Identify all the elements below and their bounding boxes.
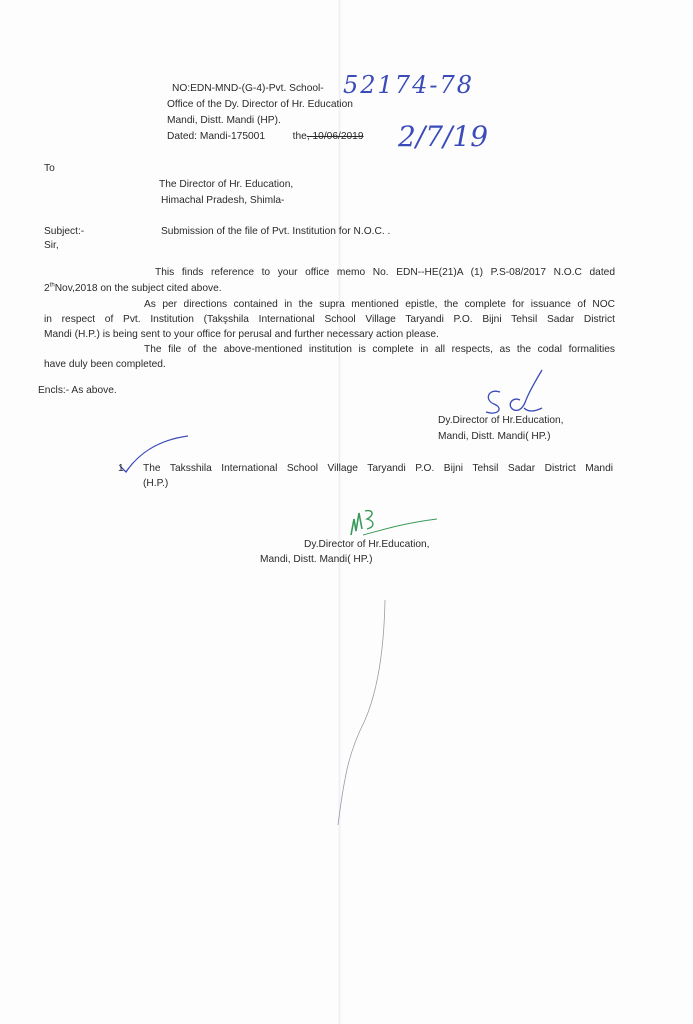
addressee-line1: The Director of Hr. Education, [159, 178, 293, 191]
signature-sd [478, 370, 558, 420]
handwritten-dispatch-number: 52174-78 [343, 71, 474, 99]
signatory-place-1: Mandi, Distt. Mandi( HP.) [438, 430, 550, 443]
copy-to-number: 1 [118, 462, 124, 475]
subject-label: Subject:- [44, 225, 84, 238]
body-p1-line1: This finds reference to your office memo… [155, 266, 615, 279]
to-label: To [44, 162, 55, 175]
body-p3-line1: The file of the above-mentioned institut… [144, 343, 615, 356]
signatory-title-1: Dy.Director of Hr.Education, [438, 414, 564, 427]
letter-page: NO:EDN-MND-(G-4)-Pvt. School- 52174-78 O… [0, 0, 693, 1024]
dated-prefix: the [293, 131, 307, 142]
office-address: Mandi, Distt. Mandi (HP). [167, 114, 281, 127]
signatory-place-2: Mandi, Distt. Mandi( HP.) [260, 553, 372, 566]
body-p2-line3: Mandi (H.P.) is being sent to your offic… [44, 328, 439, 341]
memo-date-rest: Nov,2018 on the subject cited above. [55, 283, 222, 294]
copy-to-line1: The Taksshila International School Villa… [143, 462, 613, 475]
enclosure-note: Encls:- As above. [38, 384, 117, 397]
office-name: Office of the Dy. Director of Hr. Educat… [167, 98, 353, 111]
body-p3-line2: have duly been completed. [44, 358, 166, 371]
addressee-line2: Himachal Pradesh, Shimla- [161, 194, 284, 207]
copy-to-line2: (H.P.) [143, 477, 168, 490]
salutation: Sir, [44, 239, 59, 252]
body-p1-line2: 2thNov,2018 on the subject cited above. [44, 282, 222, 295]
handwritten-date: 2/7/19 [398, 120, 488, 153]
struck-date: , 10/06/2019 [307, 131, 364, 142]
body-p2-line1: As per directions contained in the supra… [144, 298, 615, 311]
body-p2-line2: in respect of Pvt. Institution (Takşshil… [44, 313, 615, 326]
signatory-title-2: Dy.Director of Hr.Education, [304, 538, 430, 551]
dated-label: Dated: Mandi-175001 [167, 131, 265, 142]
subject-text: Submission of the file of Pvt. Instituti… [161, 225, 390, 238]
dated-line: Dated: Mandi-175001 the, 10/06/2019 [167, 130, 364, 143]
reference-number: NO:EDN-MND-(G-4)-Pvt. School- [172, 82, 324, 95]
